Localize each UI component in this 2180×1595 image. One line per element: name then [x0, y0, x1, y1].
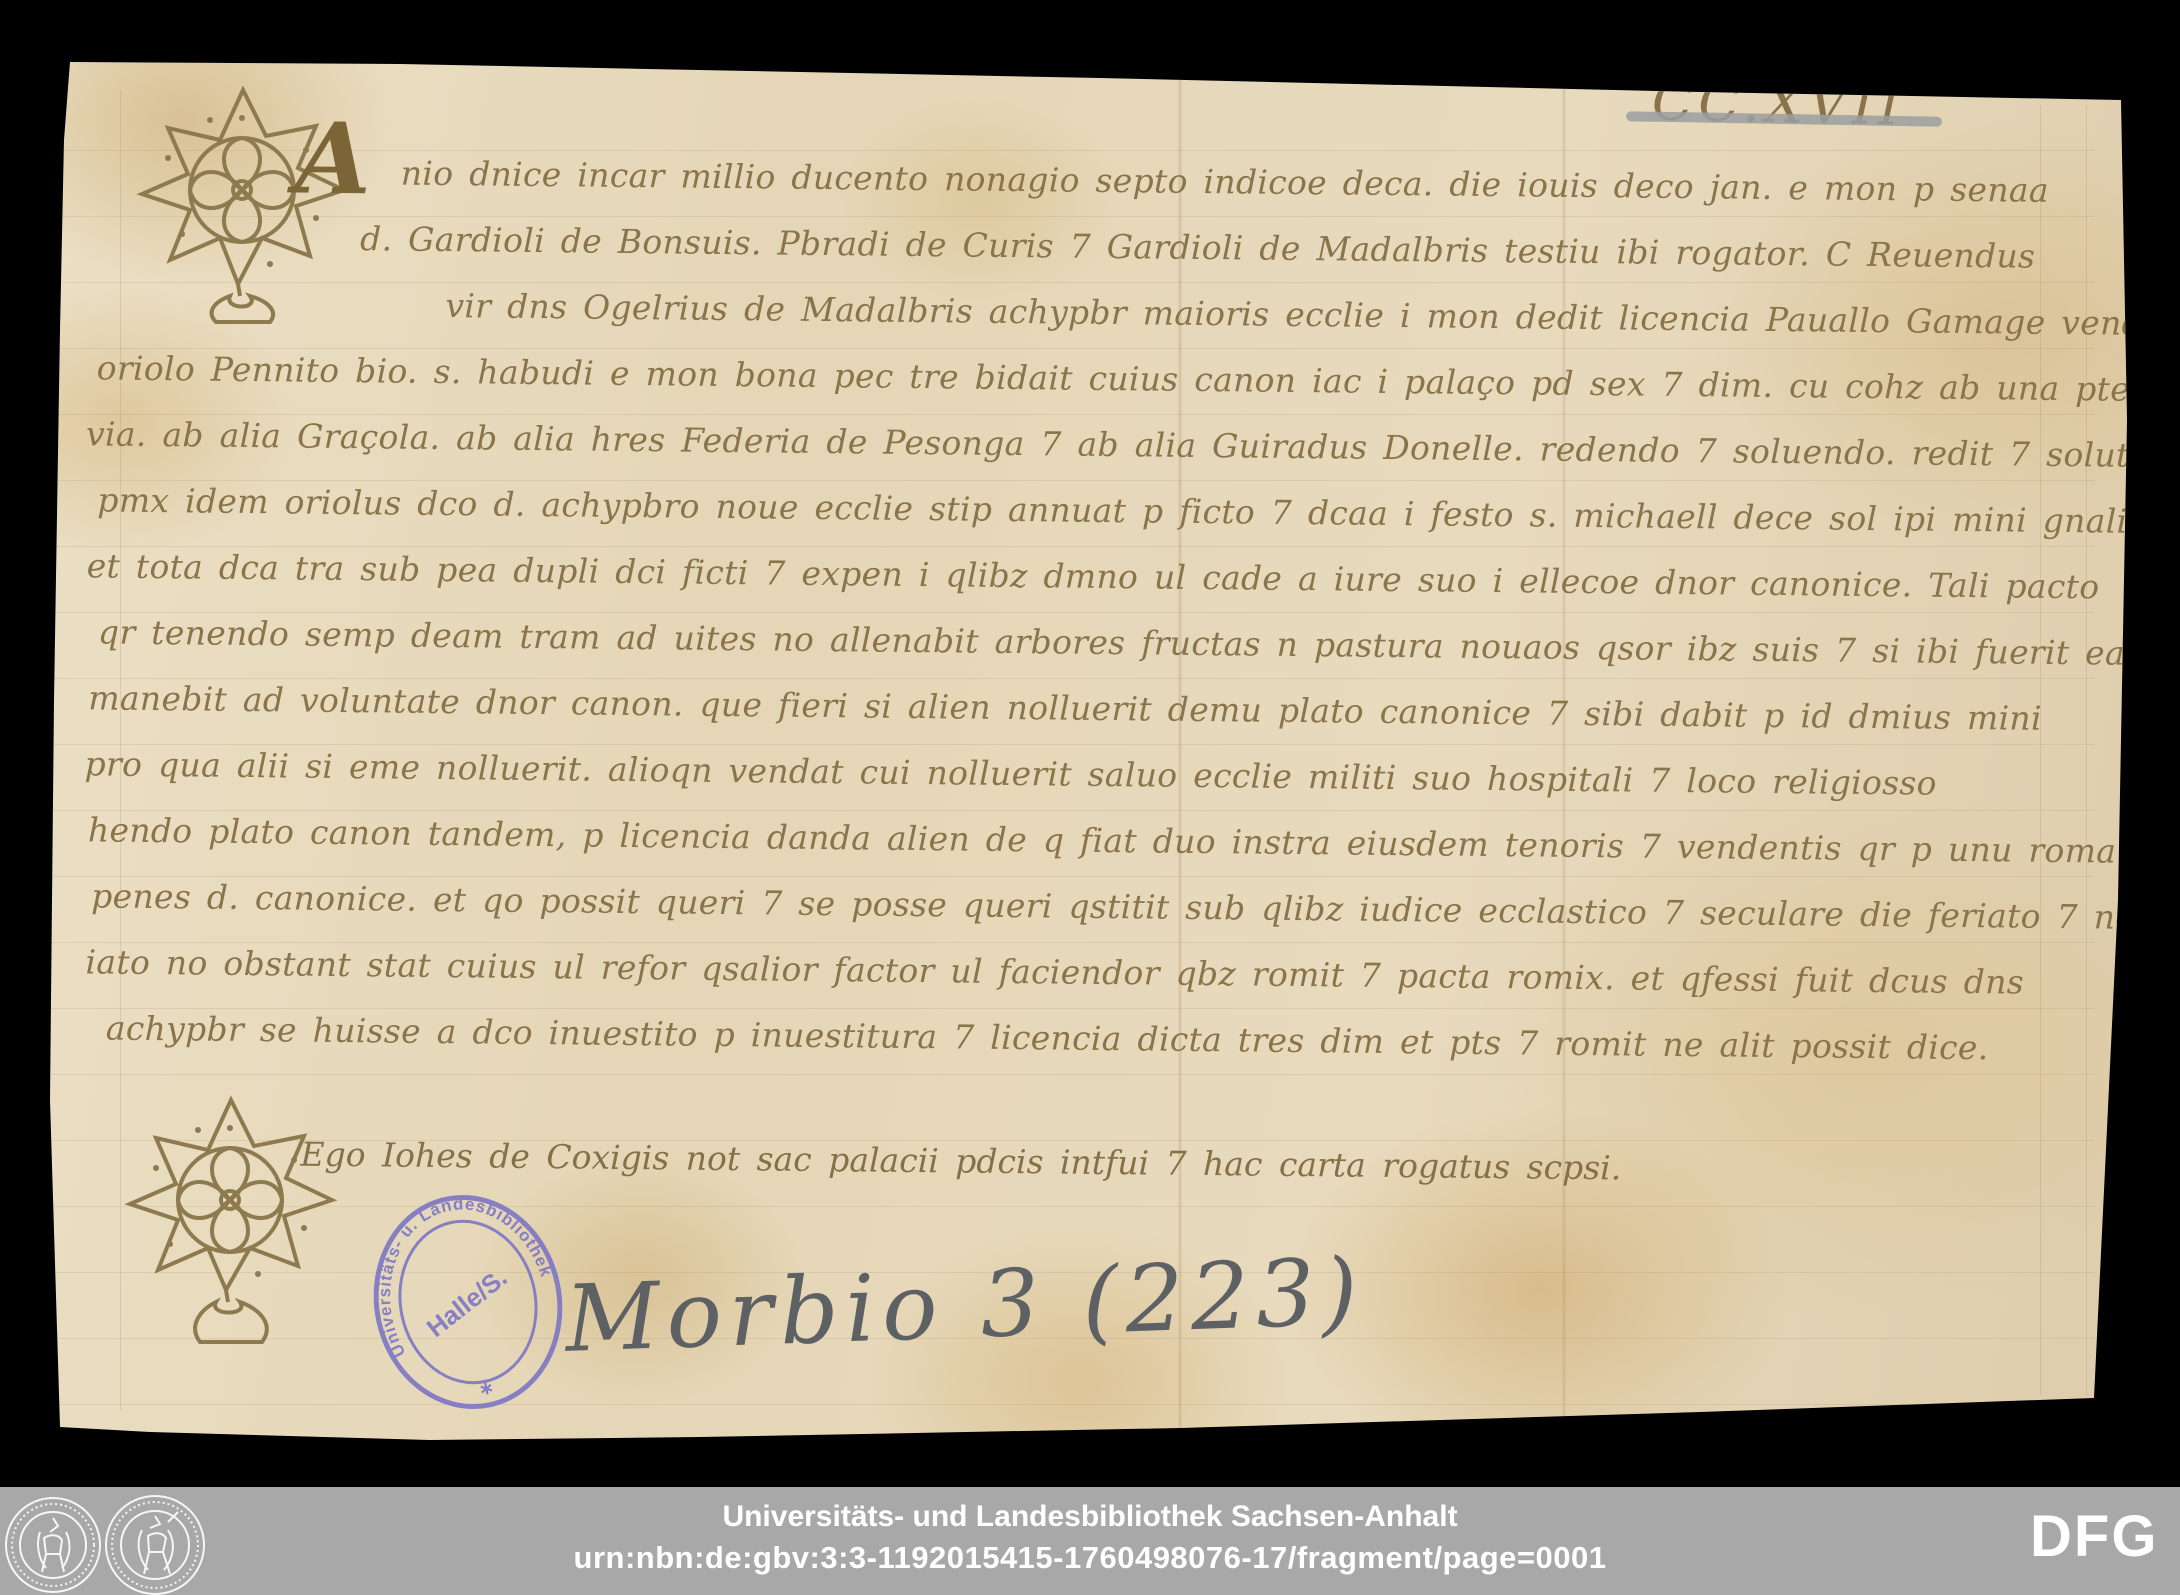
manuscript-line: nio dnice incar millio ducento nonagio s… — [401, 154, 2049, 210]
manuscript-line: vir dns Ogelrius de Madalbris achypbr ma… — [445, 286, 2180, 344]
university-seal-icon — [0, 1488, 215, 1595]
manuscript-line: manebit ad voluntate dnor canon. que fie… — [88, 678, 2042, 737]
manuscript-line: pmx idem oriolus dco d. achypbro noue ec… — [97, 480, 2180, 541]
institution-name: Universitäts- und Landesbibliothek Sachs… — [722, 1500, 1457, 1534]
parchment-photo: A nio dnice incar millio ducento nonagio… — [0, 0, 2180, 1487]
urn-identifier: urn:nbn:de:gbv:3:3-1192015415-1760498076… — [574, 1541, 1607, 1575]
manuscript-line: penes d. canonice. et qo possit queri 7 … — [91, 876, 2180, 937]
manuscript-line: hendo plato canon tandem, p licencia dan… — [88, 810, 2180, 871]
manuscript-line: pro qua alii si eme nolluerit. alioqn ve… — [84, 744, 1937, 802]
svg-text:Universitäts- u. Landesbibliot: Universitäts- u. Landesbibliothek — [355, 1177, 566, 1362]
manuscript-line: iato no obstant stat cuius ul refor qsal… — [85, 942, 2024, 1001]
manuscript-line: d. Gardioli de Bonsuis. Pbradi de Curis … — [360, 219, 2036, 276]
manuscript-line: et tota dca tra sub pea dupli dci ficti … — [87, 546, 2100, 606]
digitized-page-viewport: A nio dnice incar millio ducento nonagio… — [0, 0, 2180, 1595]
manuscript-line: achypbr se huisse a dco inuestito p inue… — [106, 1009, 1989, 1068]
dfg-logo: DFG — [2030, 1503, 2158, 1570]
illuminated-initial: A — [294, 110, 371, 209]
manuscript-line: oriolo Pennito bio. s. habudi e mon bona… — [97, 348, 2131, 408]
footer-bar: Universitäts- und Landesbibliothek Sachs… — [0, 1487, 2180, 1595]
stamp-arc-text: Universitäts- u. Landesbibliothek — [355, 1177, 566, 1362]
old-shelfmark: CC.XVII — [1651, 69, 1905, 137]
manuscript-line: via. ab alia Graçola. ab alia hres Feder… — [86, 414, 2130, 474]
stamp-center-text: Halle/S. — [422, 1264, 513, 1343]
manuscript-line: qr tenendo semp deam tram ad uites no al… — [98, 612, 2180, 673]
